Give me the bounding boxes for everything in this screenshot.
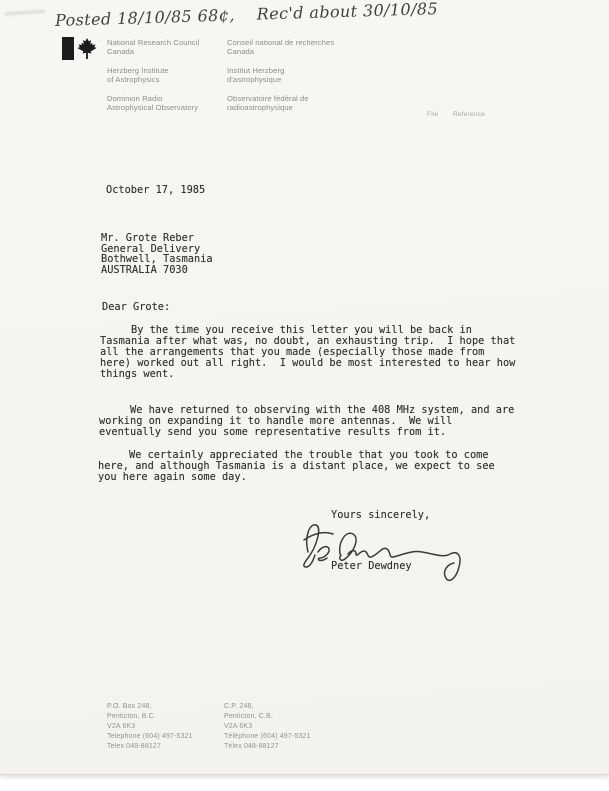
- footer-address-fr: C.P. 248, Penticton, C.B. V2A 6K3 Téléph…: [224, 702, 311, 752]
- letter-paragraph-2: We have returned to observing with the 4…: [99, 405, 539, 438]
- org-fr-nrc: Conseil national de recherches Canada: [227, 38, 334, 57]
- recipient-address: Mr. Grote Reber General Delivery Bothwel…: [101, 233, 213, 276]
- annotation-posted: Posted 18/10/85 68¢,: [55, 5, 235, 30]
- salutation: Dear Grote:: [102, 302, 170, 313]
- canada-flag-logo: [62, 37, 98, 60]
- org-en-herzberg: Herzberg Institute of Astrophysics: [107, 66, 169, 85]
- org-fr-drao: Observatoire fédéral de radioastrophysiq…: [227, 94, 309, 113]
- pencil-smudge: [5, 10, 45, 16]
- letter-date: October 17, 1985: [106, 185, 205, 196]
- file-label: File: [427, 111, 439, 118]
- paper-sheet: Posted 18/10/85 68¢,Rec'd about 30/10/85…: [0, 0, 609, 775]
- canada-flag-maple-leaf-icon: [62, 37, 98, 60]
- org-en-drao: Dominion Radio Astrophysical Observatory: [107, 94, 198, 113]
- letter-paragraph-1: By the time you receive this letter you …: [100, 325, 540, 380]
- signature-typed-name: Peter Dewdney: [331, 561, 412, 572]
- reference-label: Reference: [453, 111, 485, 118]
- scanned-letter-page: Posted 18/10/85 68¢,Rec'd about 30/10/85…: [0, 0, 609, 791]
- letter-paragraph-3: We certainly appreciated the trouble tha…: [98, 450, 538, 483]
- org-fr-herzberg: Institut Herzberg d'astrophysique: [227, 66, 284, 85]
- annotation-received: Rec'd about 30/10/85: [256, 0, 438, 24]
- footer-address-en: P.O. Box 248, Penticton, B.C. V2A 6K3 Te…: [107, 702, 193, 752]
- org-en-nrc: National Research Council Canada: [107, 38, 199, 57]
- handwritten-annotation: Posted 18/10/85 68¢,Rec'd about 30/10/85: [55, 0, 438, 30]
- signature-peter-dewdney: [292, 516, 472, 590]
- signature-ink-icon: [292, 516, 472, 590]
- annotation-gap: [235, 20, 257, 21]
